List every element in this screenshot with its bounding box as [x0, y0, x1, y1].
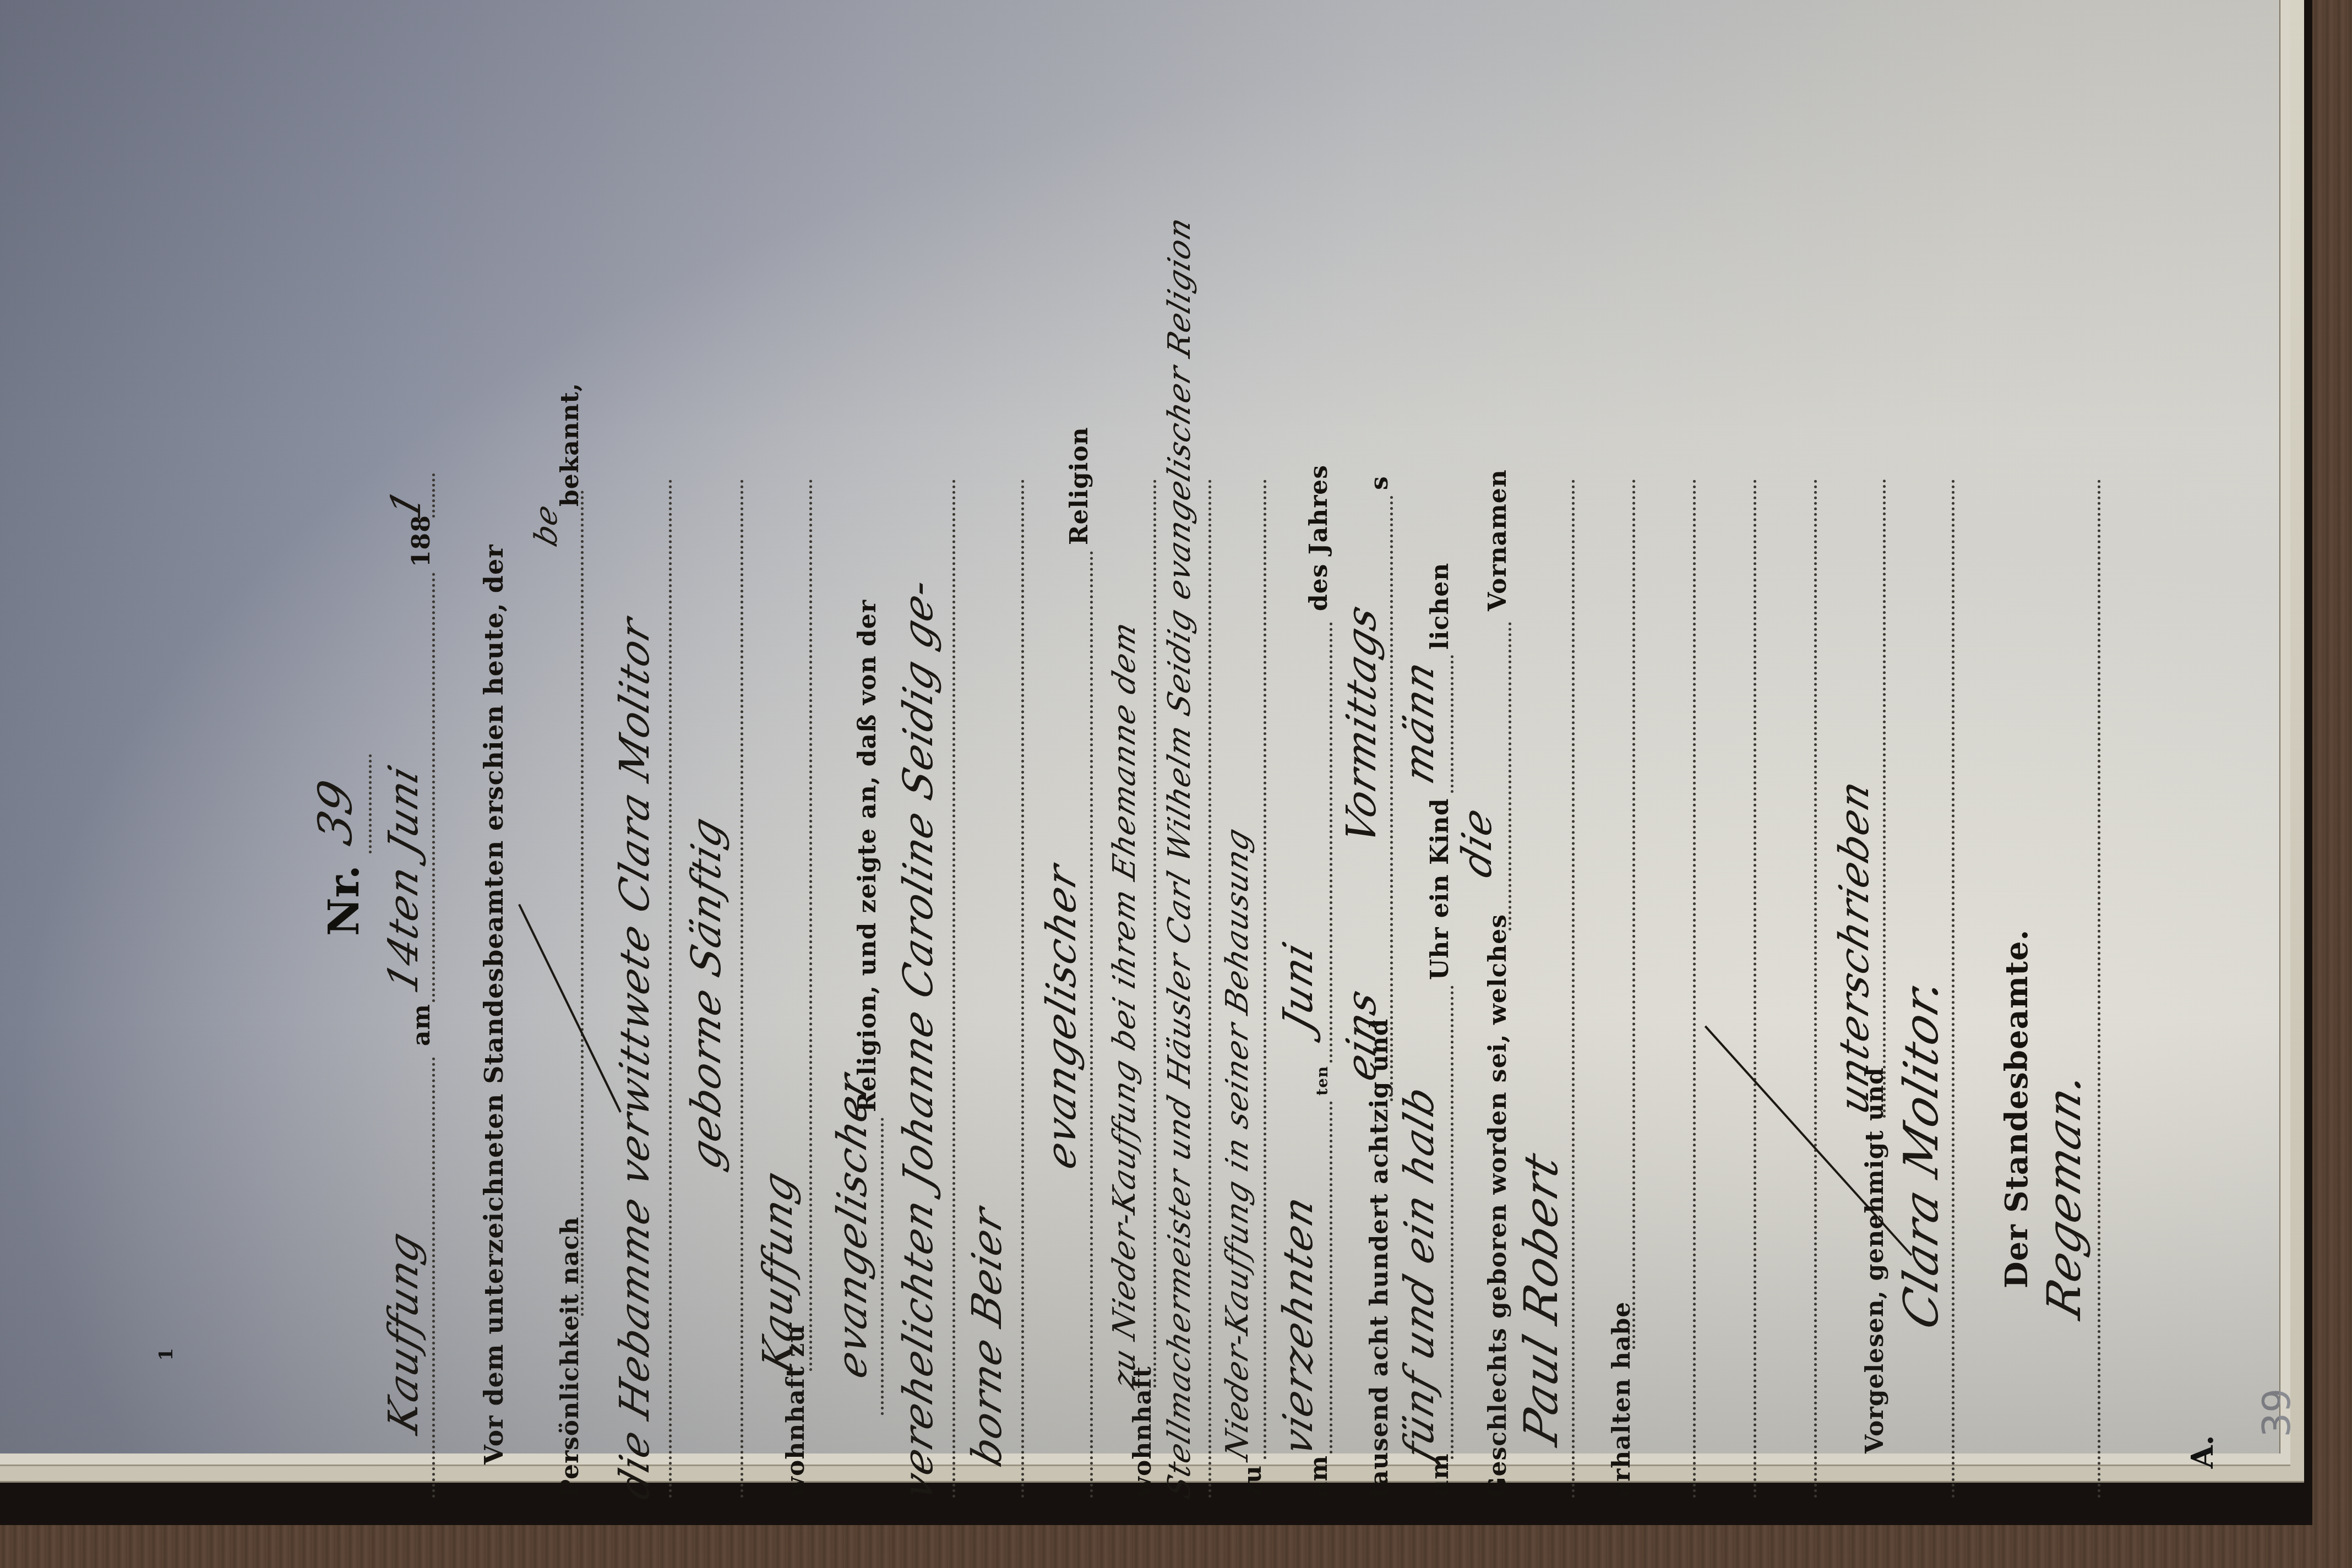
birth-month: Juni — [1275, 935, 1322, 1037]
tausend-label: tausend acht hundert achtzig und — [1365, 1019, 1393, 1498]
bekannt-label: bekannt, — [556, 383, 584, 507]
erhalten-label: erhalten habe — [1608, 1302, 1636, 1498]
date-line — [432, 573, 435, 1002]
year-handwritten: 1 — [383, 483, 430, 525]
place-line — [432, 1057, 435, 1498]
s-suffix: s — [1365, 476, 1393, 490]
blank-line-2 — [1754, 479, 1756, 1498]
birth-day-line — [1330, 1101, 1332, 1453]
entry-number: 39 — [308, 772, 362, 851]
informant-signature-line — [1952, 479, 1954, 1498]
informant-religion: evangelischer — [829, 1067, 876, 1384]
mother-residence-line1: zu Nieder-Kauffung bei ihrem Ehemanne de… — [1107, 617, 1142, 1393]
mother-residence-dots2 — [1208, 479, 1211, 1498]
register-page: A. 39 1 Nr. 39 Kauffung am 14ten Juni 18… — [0, 0, 2280, 1453]
official-signature-line — [2098, 479, 2100, 1498]
informant-residence-line — [809, 479, 812, 1371]
birth-time: fünf und ein halb — [1396, 1080, 1443, 1467]
erhalten-line — [1632, 479, 1635, 1349]
mother-religion: evangelischer — [1038, 858, 1085, 1175]
des-jahres-label: des Jahres — [1305, 465, 1333, 611]
blank-line-3 — [1814, 479, 1817, 1498]
vornamen-label: Vornamen — [1484, 469, 1512, 611]
strike-through-mark — [518, 904, 622, 1113]
folio-number: 1 — [155, 1348, 177, 1361]
place-value: Kauffung — [380, 1225, 427, 1439]
form-letter: A. — [2185, 1435, 2220, 1469]
am-label: am — [407, 1004, 435, 1046]
child-name-line — [1572, 479, 1575, 1498]
geschlechts-label: Geschlechts geboren worden sei, welches — [1484, 914, 1512, 1498]
welches-value: die — [1453, 801, 1501, 883]
lichen-label: lichen — [1426, 563, 1454, 650]
birth-record-form: Nr. 39 Kauffung am 14ten Juni 188 1 Vor … — [319, 204, 2136, 1498]
religion-label-2: Religion — [1065, 427, 1093, 545]
birth-time-line — [1451, 986, 1453, 1459]
mother-residence-line2: Stellmachermeister und Häusler Carl Wilh… — [1162, 212, 1197, 1504]
informant-residence: Kauffung — [754, 1164, 802, 1378]
entry-label: Nr. — [319, 865, 368, 936]
date-value: 14ten Juni — [380, 759, 427, 998]
birth-month-line — [1330, 622, 1332, 1063]
persoenlichkeit-label: Persönlichkeit nach — [556, 1216, 584, 1498]
ten-suffix: ten — [1313, 1066, 1331, 1096]
mother-name-line1: verehelichten Johanne Caroline Seidig ge… — [895, 572, 942, 1505]
intro-text: Vor dem unterzeichneten Standesbeamten e… — [479, 544, 509, 1464]
year-line — [432, 473, 435, 518]
entry-number-line — [369, 754, 372, 853]
informant-name-line1: die Hebamme verwittwete Clara Molitor — [611, 611, 658, 1505]
mother-residence-dots1 — [1153, 479, 1156, 1387]
birth-day: vierzehnten — [1275, 1189, 1322, 1461]
birth-year-words: eins — [1338, 983, 1385, 1087]
child-name: Paul Robert — [1514, 1145, 1568, 1451]
informant-line2-dots — [741, 479, 743, 1498]
informant-name-line2: geborne Sänftig — [683, 810, 730, 1175]
mother-name-line2: borne Beier — [963, 1201, 1011, 1472]
mother-line1-dots — [952, 479, 955, 1498]
child-sex: männ — [1396, 654, 1443, 790]
child-sex-line — [1451, 655, 1453, 793]
blank-line-1 — [1693, 479, 1696, 1498]
informant-signature: Clara Molitor. — [1894, 970, 1949, 1336]
informant-line1-dots — [669, 479, 672, 1498]
mother-religion-line — [1090, 551, 1093, 1498]
mother-residence-dots3 — [1264, 479, 1266, 1459]
vorgelesen-label: Vorgelesen, genehmigt und — [1861, 1067, 1889, 1453]
bekannt-prefix: be — [529, 499, 564, 551]
uhr-label: Uhr ein Kind — [1426, 798, 1454, 980]
vorgelesen-value: unterschrieben — [1831, 774, 1878, 1120]
persoenlichkeit-line — [581, 490, 584, 1316]
zu-label: zu — [1239, 1465, 1267, 1498]
pencil-page-number: 39 — [2254, 1388, 2299, 1437]
official-title: Der Standesbeamte. — [1999, 929, 2035, 1288]
year-printed: 188 — [407, 515, 435, 567]
welches-line — [1509, 622, 1511, 930]
mother-residence-line3: Nieder-Kauffung in seiner Behausung — [1219, 823, 1255, 1464]
birth-year-line — [1390, 496, 1393, 1101]
religion-label: Religion, und zeigte an, daß von der — [853, 600, 881, 1112]
birth-weekday: Vormittags — [1338, 598, 1385, 850]
vorgelesen-line — [1883, 479, 1886, 1118]
photo-scene: A. 39 1 Nr. 39 Kauffung am 14ten Juni 18… — [0, 0, 2352, 1568]
informant-religion-line — [881, 1118, 884, 1415]
mother-line2-dots — [1021, 479, 1024, 1498]
am-label-2: am — [1305, 1455, 1333, 1498]
official-signature: Regeman. — [2037, 1063, 2091, 1325]
